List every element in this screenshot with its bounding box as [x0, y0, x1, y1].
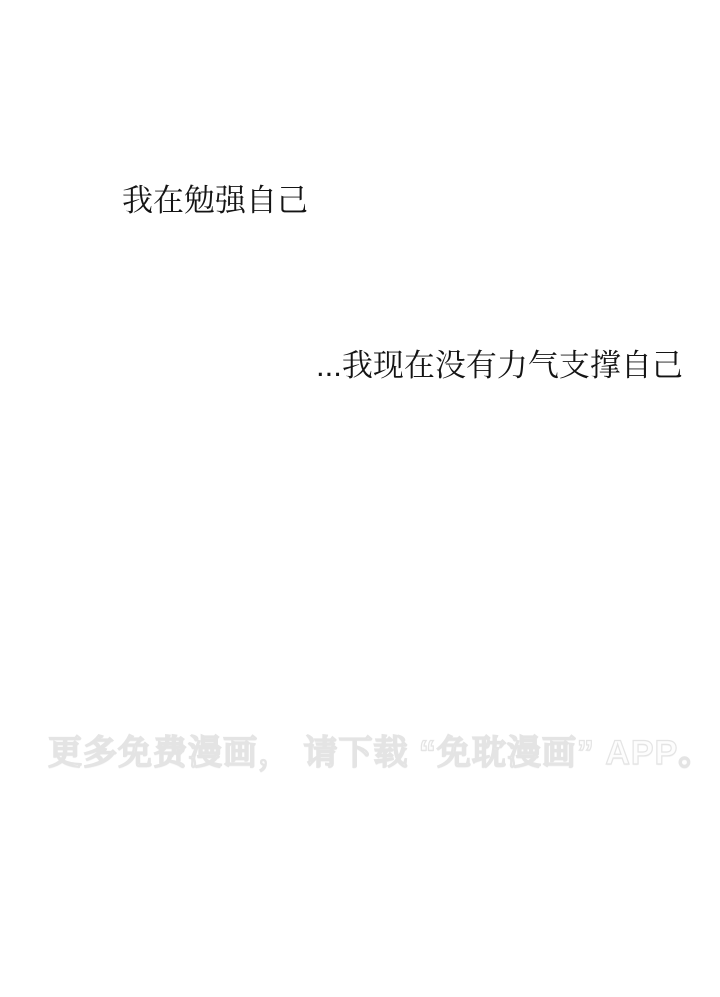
watermark-text: 更多免费漫画， 请下载 “免耽漫画” APP。 [48, 725, 713, 774]
comic-page: 我在勉强自己 ...我现在没有力气支撑自己 更多免费漫画， 请下载 “免耽漫画”… [0, 0, 720, 997]
dialogue-line-2: ...我现在没有力气支撑自己 [316, 349, 683, 383]
dialogue-line-1: 我在勉强自己 [122, 184, 308, 218]
